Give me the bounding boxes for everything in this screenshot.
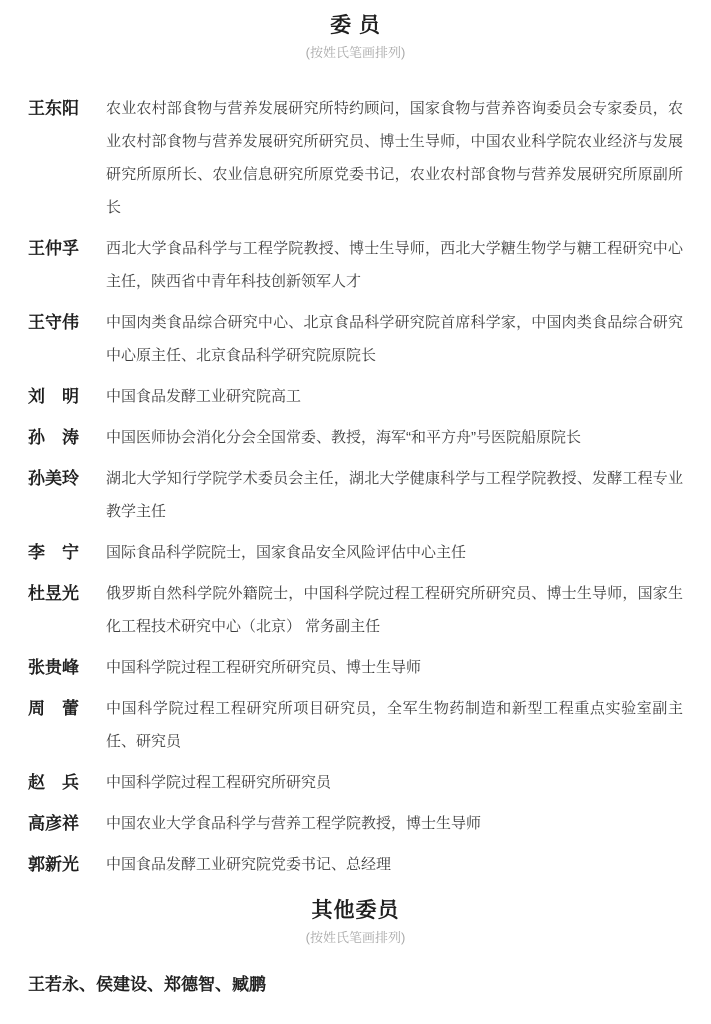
member-name: 周蕾 [28, 692, 79, 725]
other-committee-section: 其他委员 (按姓氏笔画排列) 王若永、侯建设、郑德智、臧鹏 [28, 897, 683, 997]
member-name: 杜昱光 [28, 577, 79, 610]
member-row: 王守伟 中国肉类食品综合研究中心、北京食品科学研究院首席科学家，中国肉类食品综合… [28, 306, 683, 372]
member-description: 中国农业大学食品科学与营养工程学院教授，博士生导师 [106, 807, 683, 840]
member-description: 湖北大学知行学院学术委员会主任，湖北大学健康科学与工程学院教授、发酵工程专业教学… [106, 462, 683, 528]
member-description: 中国肉类食品综合研究中心、北京食品科学研究院首席科学家，中国肉类食品综合研究中心… [106, 306, 683, 372]
member-name: 王守伟 [28, 306, 79, 339]
member-description: 西北大学食品科学与工程学院教授、博士生导师，西北大学糖生物学与糖工程研究中心主任… [106, 232, 683, 298]
member-name: 孙美玲 [28, 462, 79, 495]
member-list: 王东阳 农业农村部食物与营养发展研究所特约顾问，国家食物与营养咨询委员会专家委员… [28, 92, 683, 881]
committee-subtitle: (按姓氏笔画排列) [28, 44, 683, 62]
member-description: 中国食品发酵工业研究院党委书记、总经理 [106, 848, 683, 881]
committee-section: 委 员 (按姓氏笔画排列) 王东阳 农业农村部食物与营养发展研究所特约顾问，国家… [28, 12, 683, 881]
member-row: 孙涛 中国医师协会消化分会全国常委、教授，海军“和平方舟”号医院船原院长 [28, 421, 683, 454]
member-name: 高彦祥 [28, 807, 79, 840]
member-name: 刘明 [28, 380, 79, 413]
member-description: 中国科学院过程工程研究所研究员 [106, 766, 683, 799]
member-row: 张贵峰 中国科学院过程工程研究所研究员、博士生导师 [28, 651, 683, 684]
member-row: 刘明 中国食品发酵工业研究院高工 [28, 380, 683, 413]
member-description: 中国医师协会消化分会全国常委、教授，海军“和平方舟”号医院船原院长 [106, 421, 683, 454]
other-committee-title: 其他委员 [28, 897, 683, 925]
member-name: 赵兵 [28, 766, 79, 799]
other-committee-names: 王若永、侯建设、郑德智、臧鹏 [28, 973, 683, 997]
member-name: 王东阳 [28, 92, 79, 125]
member-row: 孙美玲 湖北大学知行学院学术委员会主任，湖北大学健康科学与工程学院教授、发酵工程… [28, 462, 683, 528]
member-name: 王仲孚 [28, 232, 79, 265]
member-row: 郭新光 中国食品发酵工业研究院党委书记、总经理 [28, 848, 683, 881]
member-description: 中国科学院过程工程研究所研究员、博士生导师 [106, 651, 683, 684]
member-row: 赵兵 中国科学院过程工程研究所研究员 [28, 766, 683, 799]
member-name: 孙涛 [28, 421, 79, 454]
member-row: 周蕾 中国科学院过程工程研究所项目研究员，全军生物药制造和新型工程重点实验室副主… [28, 692, 683, 758]
member-description: 中国食品发酵工业研究院高工 [106, 380, 683, 413]
committee-title: 委 员 [28, 12, 683, 40]
member-row: 杜昱光 俄罗斯自然科学院外籍院士，中国科学院过程工程研究所研究员、博士生导师，国… [28, 577, 683, 643]
member-description: 中国科学院过程工程研究所项目研究员，全军生物药制造和新型工程重点实验室副主任、研… [106, 692, 683, 758]
member-row: 王仲孚 西北大学食品科学与工程学院教授、博士生导师，西北大学糖生物学与糖工程研究… [28, 232, 683, 298]
member-name: 郭新光 [28, 848, 79, 881]
member-description: 农业农村部食物与营养发展研究所特约顾问，国家食物与营养咨询委员会专家委员，农业农… [106, 92, 683, 224]
member-name: 张贵峰 [28, 651, 79, 684]
document-page: 委 员 (按姓氏笔画排列) 王东阳 农业农村部食物与营养发展研究所特约顾问，国家… [0, 0, 711, 1024]
member-row: 王东阳 农业农村部食物与营养发展研究所特约顾问，国家食物与营养咨询委员会专家委员… [28, 92, 683, 224]
member-row: 高彦祥 中国农业大学食品科学与营养工程学院教授，博士生导师 [28, 807, 683, 840]
member-name: 李宁 [28, 536, 79, 569]
other-committee-subtitle: (按姓氏笔画排列) [28, 929, 683, 947]
member-row: 李宁 国际食品科学院院士，国家食品安全风险评估中心主任 [28, 536, 683, 569]
member-description: 国际食品科学院院士，国家食品安全风险评估中心主任 [106, 536, 683, 569]
member-description: 俄罗斯自然科学院外籍院士，中国科学院过程工程研究所研究员、博士生导师，国家生化工… [106, 577, 683, 643]
